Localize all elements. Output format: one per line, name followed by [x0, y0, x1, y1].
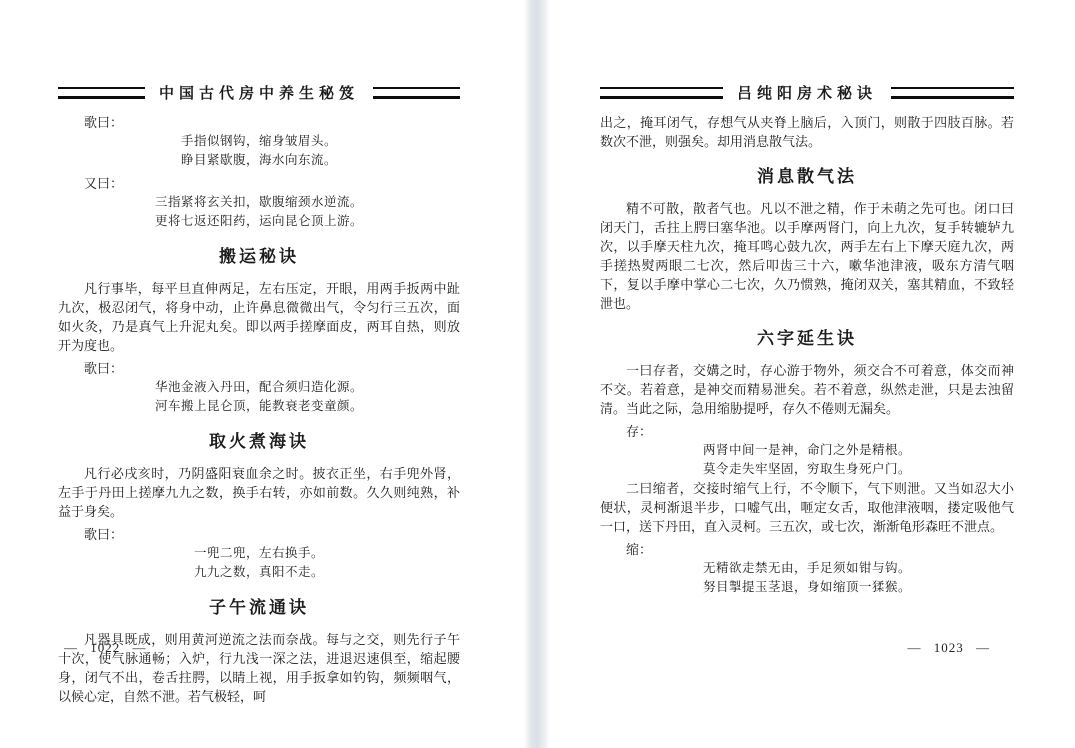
verse-line: 睁目紧歇腹，海水向东流。: [58, 151, 460, 170]
verse-line: 两肾中间一是神，命门之外是精根。: [600, 441, 1014, 460]
right-header-title: 吕纯阳房术秘诀: [723, 82, 891, 103]
section-title: 搬运秘诀: [58, 245, 460, 269]
right-page-number: — 1023 —: [908, 640, 991, 656]
verse-line: 无精欲走禁无由，手足须如钳与钩。: [600, 559, 1014, 578]
section-title: 取火煮海诀: [58, 430, 460, 454]
verse: 两肾中间一是神，命门之外是精根。莫令走失牢坚固，穷取生身死户门。: [600, 441, 1014, 479]
verse-line: 莫令走失牢坚固，穷取生身死户门。: [600, 460, 1014, 479]
verse-intro-label: 存：: [600, 422, 1014, 441]
header-rule-left: [58, 87, 145, 99]
verse-line: 三指紧将玄关扣，歇腹缩颈水逆流。: [58, 193, 460, 212]
verse-line: 更将七返还阳药，运向昆仑顶上游。: [58, 212, 460, 231]
header-rule-right: [373, 87, 460, 99]
header-rule-left: [600, 87, 723, 99]
left-page: 中国古代房中养生秘笈 歌曰：手指似钢钩，缩身皱眉头。睁目紧歇腹，海水向东流。又曰…: [0, 0, 524, 748]
verse-intro-label: 又曰：: [58, 174, 460, 193]
left-running-head: 中国古代房中养生秘笈: [58, 82, 460, 103]
verse-intro-label: 歌曰：: [58, 359, 460, 378]
verse: 无精欲走禁无由，手足须如钳与钩。努目掣提玉茎退，身如缩顶一猱猴。: [600, 559, 1014, 597]
paragraph: 二曰缩者，交接时缩气上行，不令顺下，气下则泄。又当如忍大小便状，灵柯渐退半步，口…: [600, 479, 1014, 536]
header-rule-right: [891, 87, 1014, 99]
left-page-blocks: 歌曰：手指似钢钩，缩身皱眉头。睁目紧歇腹，海水向东流。又曰：三指紧将玄关扣，歇腹…: [58, 113, 460, 706]
paragraph: 出之，掩耳闭气，存想气从夹脊上脑后，入顶门，则散于四肢百脉。若数次不泄，则强矣。…: [600, 113, 1014, 151]
right-page-content: 吕纯阳房术秘诀 出之，掩耳闭气，存想气从夹脊上脑后，入顶门，则散于四肢百脉。若数…: [600, 0, 1014, 597]
left-page-number: — 1022 —: [64, 640, 147, 656]
right-running-head: 吕纯阳房术秘诀: [600, 82, 1014, 103]
paragraph: 一曰存者，交媾之时，存心游于物外，须交合不可着意，体交而神不交。若着意，是神交而…: [600, 361, 1014, 418]
right-page: 吕纯阳房术秘诀 出之，掩耳闭气，存想气从夹脊上脑后，入顶门，则散于四肢百脉。若数…: [550, 0, 1075, 748]
verse-line: 努目掣提玉茎退，身如缩顶一猱猴。: [600, 578, 1014, 597]
paragraph: 凡行事毕，每平旦直伸两足，左右压定，开眼，用两手扳两中趾九次，极忍闭气，将身中动…: [58, 279, 460, 355]
right-page-blocks: 出之，掩耳闭气，存想气从夹脊上脑后，入顶门，则散于四肢百脉。若数次不泄，则强矣。…: [600, 113, 1014, 597]
verse-line: 一兜二兜，左右换手。: [58, 544, 460, 563]
verse-intro-label: 缩：: [600, 540, 1014, 559]
paragraph: 凡行必戌亥时，乃阴盛阳衰血余之时。披衣正坐，右手兜外肾，左手于丹田上搓摩九九之数…: [58, 464, 460, 521]
verse: 一兜二兜，左右换手。九九之数，真阳不走。: [58, 544, 460, 582]
verse-intro-label: 歌曰：: [58, 525, 460, 544]
page-gutter-shadow: [524, 0, 550, 748]
verse-line: 手指似钢钩，缩身皱眉头。: [58, 132, 460, 151]
left-header-title: 中国古代房中养生秘笈: [145, 82, 373, 103]
verse-line: 河车搬上昆仑顶，能教衰老变童颜。: [58, 397, 460, 416]
verse-intro-label: 歌曰：: [58, 113, 460, 132]
left-page-content: 中国古代房中养生秘笈 歌曰：手指似钢钩，缩身皱眉头。睁目紧歇腹，海水向东流。又曰…: [58, 0, 460, 710]
verse-line: 华池金液入丹田，配合须归造化源。: [58, 378, 460, 397]
book-spread: 中国古代房中养生秘笈 歌曰：手指似钢钩，缩身皱眉头。睁目紧歇腹，海水向东流。又曰…: [0, 0, 1075, 748]
verse-line: 九九之数，真阳不走。: [58, 563, 460, 582]
section-title: 子午流通诀: [58, 596, 460, 620]
verse: 手指似钢钩，缩身皱眉头。睁目紧歇腹，海水向东流。: [58, 132, 460, 170]
section-title: 六字延生诀: [600, 327, 1014, 351]
section-title: 消息散气法: [600, 165, 1014, 189]
verse: 三指紧将玄关扣，歇腹缩颈水逆流。更将七返还阳药，运向昆仑顶上游。: [58, 193, 460, 231]
paragraph: 精不可散，散者气也。凡以不泄之精，作于未萌之先可也。闭口曰闭天门，舌拄上腭曰塞华…: [600, 199, 1014, 313]
verse: 华池金液入丹田，配合须归造化源。河车搬上昆仑顶，能教衰老变童颜。: [58, 378, 460, 416]
